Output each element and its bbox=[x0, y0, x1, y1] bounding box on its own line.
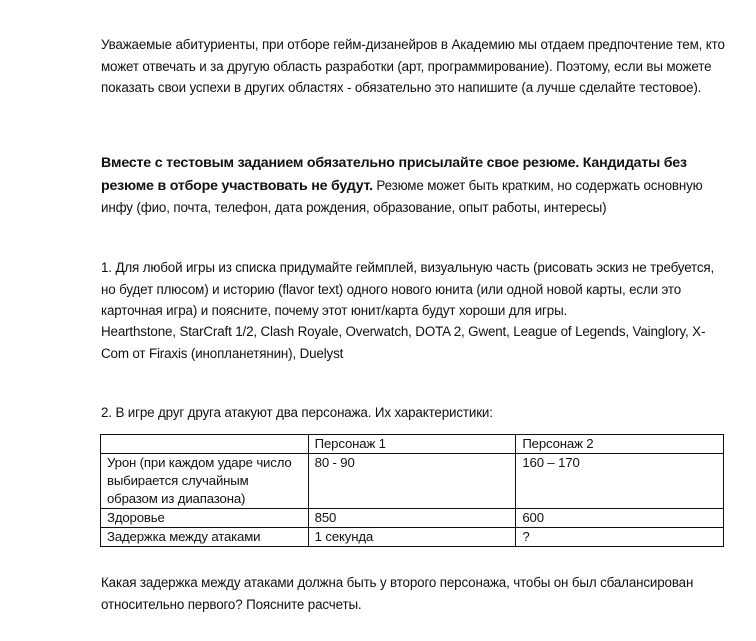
task1-description: 1. Для любой игры из списка придумайте г… bbox=[101, 257, 729, 322]
intro-paragraph: Уважаемые абитуриенты, при отборе гейм-д… bbox=[101, 34, 729, 99]
task1-game-list: Hearthstone, StarCraft 1/2, Clash Royale… bbox=[101, 321, 729, 364]
table-cell-label: Здоровье bbox=[101, 509, 309, 528]
table-cell-value: ? bbox=[516, 528, 724, 547]
table-header-row: Персонаж 1 Персонаж 2 bbox=[101, 435, 724, 454]
task2-description: 2. В игре друг друга атакуют два персона… bbox=[101, 402, 729, 424]
table-cell-value: 600 bbox=[516, 509, 724, 528]
table-cell-value: 160 – 170 bbox=[516, 454, 724, 509]
table-cell-value: 1 секунда bbox=[308, 528, 516, 547]
table-row-health: Здоровье 850 600 bbox=[101, 509, 724, 528]
task2-question: Какая задержка между атаками должна быть… bbox=[101, 572, 729, 615]
table-row-attack-delay: Задержка между атаками 1 секунда ? bbox=[101, 528, 724, 547]
table-cell-value: 80 - 90 bbox=[308, 454, 516, 509]
table-cell-label: Задержка между атаками bbox=[101, 528, 309, 547]
table-cell-label: Урон (при каждом ударе число выбирается … bbox=[101, 454, 309, 509]
table-header-character-2: Персонаж 2 bbox=[516, 435, 724, 454]
table-header-character-1: Персонаж 1 bbox=[308, 435, 516, 454]
table-row-damage: Урон (при каждом ударе число выбирается … bbox=[101, 454, 724, 509]
table-header-cell bbox=[101, 435, 309, 454]
table-cell-value: 850 bbox=[308, 509, 516, 528]
resume-paragraph: Вместе с тестовым заданием обязательно п… bbox=[101, 152, 729, 219]
character-stats-table: Персонаж 1 Персонаж 2 Урон (при каждом у… bbox=[100, 434, 724, 547]
